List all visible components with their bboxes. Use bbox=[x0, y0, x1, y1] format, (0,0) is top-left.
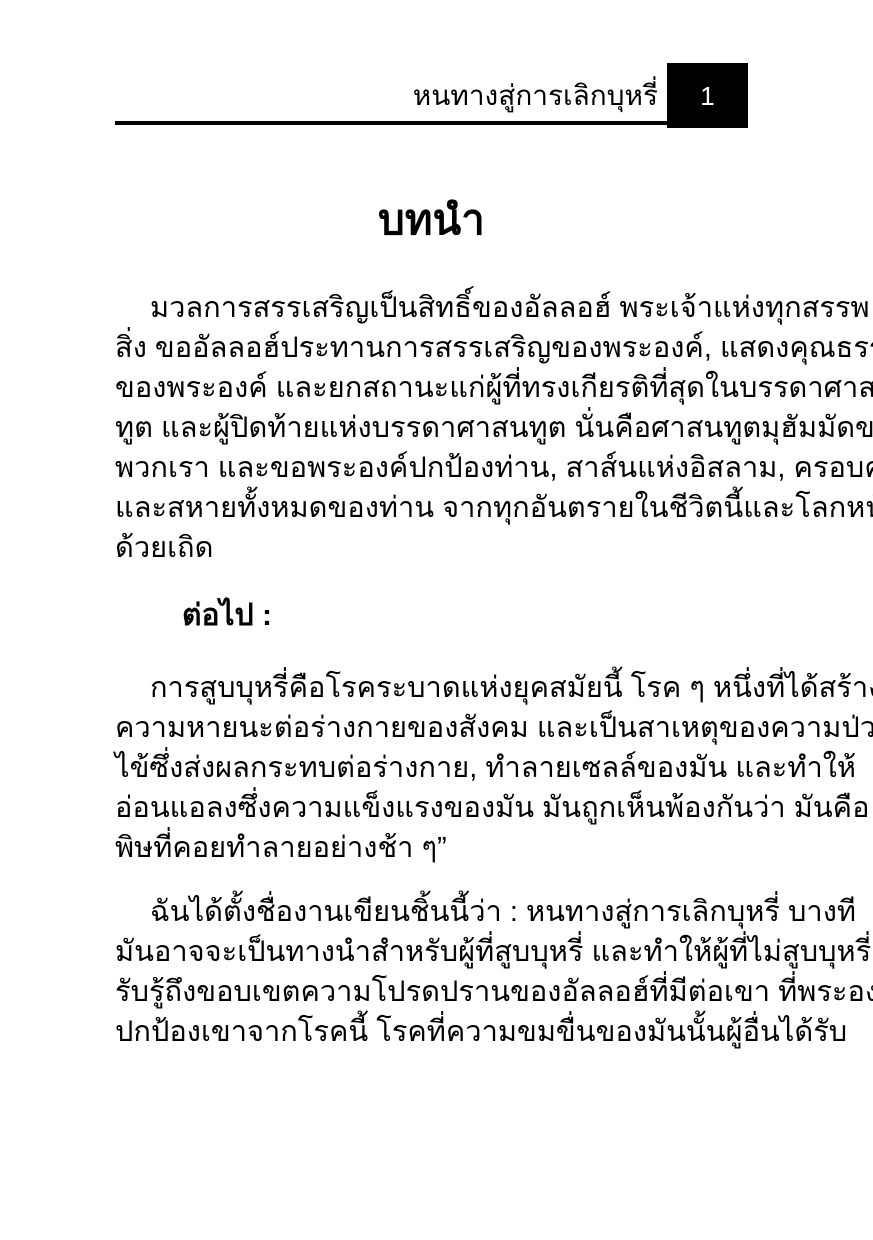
text-line: ฉันได้ตั้งชื่องานเขียนชิ้นนี้ว่า : หนทาง… bbox=[115, 892, 748, 932]
paragraph-2: การสูบบุหรี่คือโรคระบาดแห่งยุคสมัยนี้ โร… bbox=[115, 668, 748, 868]
text-line: มวลการสรรเสริญเป็นสิทธิ์ของอัลลอฮ์ พระเจ… bbox=[115, 288, 748, 328]
text-line: ทูต และผู้ปิดท้ายแห่งบรรดาศาสนทูต นั่นคื… bbox=[115, 408, 748, 448]
section-subheading: ต่อไป : bbox=[115, 596, 748, 636]
text-line: การสูบบุหรี่คือโรคระบาดแห่งยุคสมัยนี้ โร… bbox=[115, 668, 748, 708]
book-page: หนทางสู่การเลิกบุหรี่ 1 บทนำ มวลการสรรเส… bbox=[0, 0, 873, 1240]
text-line: ความหายนะต่อร่างกายของสังคม และเป็นสาเหต… bbox=[115, 708, 748, 748]
text-line: รับรู้ถึงขอบเขตความโปรดปรานของอัลลอฮ์ที่… bbox=[115, 972, 748, 1012]
text-line: และสหายทั้งหมดของท่าน จากทุกอันตรายในชีว… bbox=[115, 488, 748, 528]
text-line: ปกป้องเขาจากโรคนี้ โรคที่ความขมขื่นของมั… bbox=[115, 1012, 748, 1052]
chapter-title: บทนำ bbox=[115, 192, 748, 248]
text-line: พิษที่คอยทำลายอย่างช้า ๆ” bbox=[115, 828, 748, 868]
text-line: มันอาจจะเป็นทางนำสำหรับผู้ที่สูบบุหรี่ แ… bbox=[115, 932, 748, 972]
text-line: อ่อนแอลงซึ่งความแข็งแรงของมัน มันถูกเห็น… bbox=[115, 788, 748, 828]
paragraph-3: ฉันได้ตั้งชื่องานเขียนชิ้นนี้ว่า : หนทาง… bbox=[115, 892, 748, 1052]
running-head-title: หนทางสู่การเลิกบุหรี่ bbox=[413, 82, 658, 110]
text-line: ด้วยเถิด bbox=[115, 528, 748, 568]
paragraph-1: มวลการสรรเสริญเป็นสิทธิ์ของอัลลอฮ์ พระเจ… bbox=[115, 288, 748, 568]
text-line: พวกเรา และขอพระองค์ปกป้องท่าน, สาส์นแห่ง… bbox=[115, 448, 748, 488]
page-number: 1 bbox=[700, 83, 714, 109]
page-content: บทนำ มวลการสรรเสริญเป็นสิทธิ์ของอัลลอฮ์ … bbox=[0, 0, 873, 1052]
text-line: ไข้ซึ่งส่งผลกระทบต่อร่างกาย, ทำลายเซลล์ข… bbox=[115, 748, 748, 788]
page-number-box: 1 bbox=[667, 63, 748, 128]
text-line: สิ่ง ขออัลลอฮ์ประทานการสรรเสริญของพระองค… bbox=[115, 328, 748, 368]
page-header: หนทางสู่การเลิกบุหรี่ 1 bbox=[115, 63, 748, 128]
text-line: ของพระองค์ และยกสถานะแก่ผู้ที่ทรงเกียรติ… bbox=[115, 368, 748, 408]
